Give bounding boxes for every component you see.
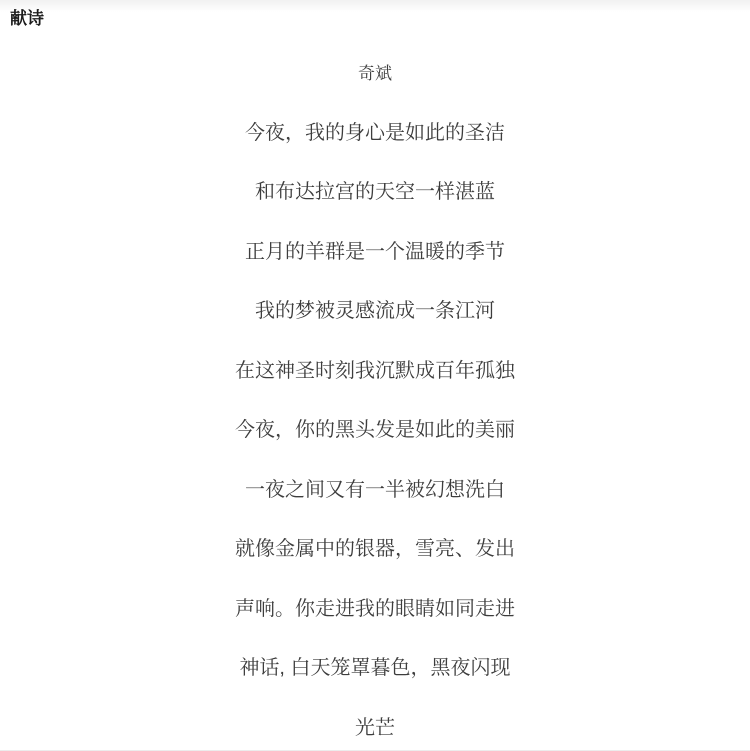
poem-line: 就像金属中的银器，雪亮、发出 [0, 520, 750, 580]
poem-line: 声响。你走进我的眼睛如同走进 [0, 580, 750, 640]
poem-line: 我的梦被灵感流成一条江河 [0, 282, 750, 342]
poem-line: 今夜，你的黑头发是如此的美丽 [0, 401, 750, 461]
poem-author: 奇斌 [0, 44, 750, 104]
poem-line: 在这神圣时刻我沉默成百年孤独 [0, 342, 750, 402]
poem-line: 神话, 白天笼罩暮色，黑夜闪现 [0, 639, 750, 699]
poem-line: 正月的羊群是一个温暖的季节 [0, 223, 750, 283]
poem-line: 和布达拉宫的天空一样湛蓝 [0, 163, 750, 223]
page-title: 献诗 [0, 0, 750, 30]
poem-line: 今夜，我的身心是如此的圣洁 [0, 104, 750, 164]
poem-body: 奇斌 今夜，我的身心是如此的圣洁 和布达拉宫的天空一样湛蓝 正月的羊群是一个温暖… [0, 44, 750, 751]
document-page: 献诗 奇斌 今夜，我的身心是如此的圣洁 和布达拉宫的天空一样湛蓝 正月的羊群是一… [0, 0, 750, 751]
poem-line: 光芒 [0, 699, 750, 751]
poem-line: 一夜之间又有一半被幻想洗白 [0, 461, 750, 521]
